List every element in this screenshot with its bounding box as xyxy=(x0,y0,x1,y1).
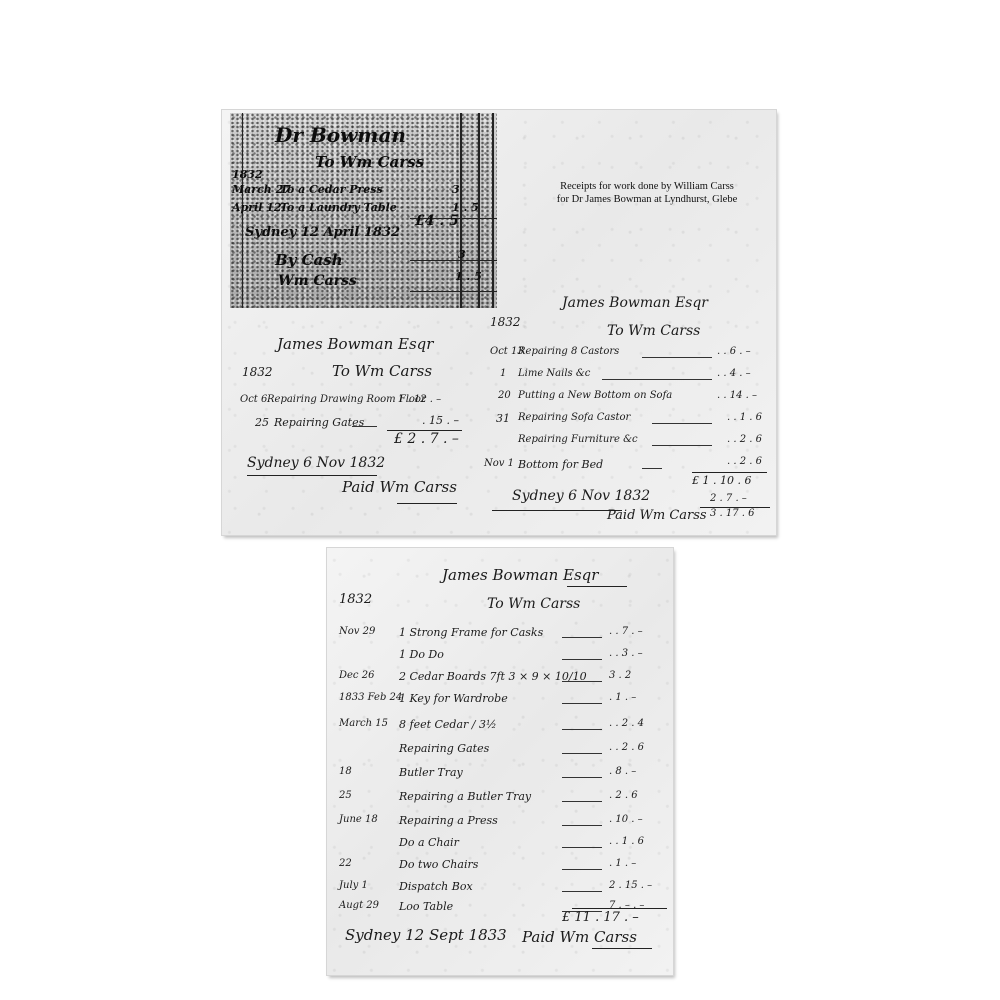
ledger-item-description: To a Cedar Press xyxy=(280,183,383,196)
receipt-subtotal: £ 1 . 10 . 6 xyxy=(692,474,751,487)
receipts-sheet-top: Dr Bowman To Wm Carss 1832 March 27 To a… xyxy=(222,110,776,535)
receipt-header: James Bowman Esqr xyxy=(277,335,433,353)
receipt-item-date: Nov 1 xyxy=(484,458,514,469)
receipt-item-description: 8 feet Cedar / 3½ xyxy=(399,718,497,731)
ledger-header: Dr Bowman xyxy=(275,123,406,147)
receipt-item-description: Repairing Furniture &c xyxy=(518,434,638,445)
receipt-item-description: Repairing a Press xyxy=(399,814,498,827)
receipt-to: To Wm Carss xyxy=(487,596,580,612)
receipt-total: £ 11 . 17 . – xyxy=(562,910,639,925)
receipt-item-amount: . . 2 . 6 xyxy=(727,434,762,445)
ledger-total: £4 . 5 xyxy=(415,213,459,229)
ledger-to: To Wm Carss xyxy=(315,153,424,171)
receipt-item-amount: 2 . 15 . – xyxy=(609,880,652,891)
leader-dash xyxy=(562,637,602,638)
receipt-item-date: 25 xyxy=(339,790,352,801)
receipt-item-amount: . . 6 . – xyxy=(717,346,751,357)
receipt-item-date: March 15 xyxy=(339,718,388,729)
leader-dash xyxy=(562,847,602,848)
receipt-item-date: 18 xyxy=(339,766,352,777)
receipt-item-amount: 3 . 2 xyxy=(609,670,631,681)
caption-line-1: Receipts for work done by William Carss xyxy=(532,180,762,193)
receipt-item-date: 1 xyxy=(500,368,506,379)
receipt-item-date: 22 xyxy=(339,858,352,869)
receipt-item-date: Dec 26 xyxy=(339,670,374,681)
receipt-total: £ 2 . 7 . – xyxy=(394,431,459,447)
receipt-place-date: Sydney 12 Sept 1833 xyxy=(345,926,507,944)
leader-dash xyxy=(562,659,602,660)
receipt-item-description: Do a Chair xyxy=(399,836,459,849)
receipt-place-date: Sydney 6 Nov 1832 xyxy=(512,488,650,504)
receipt-item-amount: . . 1 . 6 xyxy=(727,412,762,423)
leader-dash xyxy=(562,753,602,754)
receipt-item-amount: 1 . 12 . – xyxy=(398,394,441,405)
receipt-year: 1832 xyxy=(242,365,273,379)
receipt-item-amount: . 1 . – xyxy=(609,858,636,869)
receipt-item-description: Lime Nails &c xyxy=(518,368,590,379)
receipt-item-amount: . 2 . 6 xyxy=(609,790,638,801)
leader-dash xyxy=(562,777,602,778)
receipt-item-date: Nov 29 xyxy=(339,626,375,637)
ledger-place-date: Sydney 12 April 1832 xyxy=(245,225,400,240)
receipt-item-description: Loo Table xyxy=(399,900,453,913)
receipt-item-amount: . . 1 . 6 xyxy=(609,836,644,847)
receipt-item-date: 20 xyxy=(498,390,511,401)
receipt-header: James Bowman Esqr xyxy=(442,566,598,584)
receipt-item-amount: . 15 . – xyxy=(422,414,459,427)
ledger-received: By Cash xyxy=(275,251,343,269)
receipt-ledger-april-1832: Dr Bowman To Wm Carss 1832 March 27 To a… xyxy=(230,113,497,308)
receipt-grand-total: 3 . 17 . 6 xyxy=(710,508,755,519)
receipt-item-amount: . 10 . – xyxy=(609,814,643,825)
leader-dash xyxy=(562,729,602,730)
receipt-item-description: 1 Do Do xyxy=(399,648,444,661)
receipt-item-description: Repairing a Butler Tray xyxy=(399,790,531,803)
receipt-item-description: Repairing Gates xyxy=(274,416,364,429)
ledger-signature: Wm Carss xyxy=(278,273,357,289)
receipt-paid: Paid Wm Carss xyxy=(607,508,707,523)
receipt-item-amount: . . 2 . 4 xyxy=(609,718,644,729)
receipt-item-description: Repairing Gates xyxy=(399,742,489,755)
receipt-paid: Paid Wm Carss xyxy=(342,478,457,496)
ledger-item-description: To a Laundry Table xyxy=(280,201,397,214)
leader-dash xyxy=(562,891,602,892)
receipt-item-description: 1 Strong Frame for Casks xyxy=(399,626,543,639)
leader-dash xyxy=(562,681,602,682)
leader-dash xyxy=(562,825,602,826)
caption: Receipts for work done by William Carss … xyxy=(532,180,762,206)
ledger-item-amount: 3 xyxy=(452,183,460,196)
receipt-item-description: 1 Key for Wardrobe xyxy=(399,692,508,705)
receipt-item-date: July 1 xyxy=(339,880,368,891)
receipt-item-date: Oct 6 xyxy=(240,394,267,405)
leader-dash xyxy=(562,801,602,802)
receipt-year: 1832 xyxy=(339,592,372,607)
receipt-item-amount: . . 4 . – xyxy=(717,368,751,379)
receipt-item-amount: . . 2 . 6 xyxy=(609,742,644,753)
receipt-item-description: Butler Tray xyxy=(399,766,463,779)
receipt-item-date: 31 xyxy=(496,412,510,425)
receipt-item-amount: . . 2 . 6 xyxy=(727,456,762,467)
receipt-item-date: June 18 xyxy=(339,814,378,825)
receipt-item-date: Augt 29 xyxy=(339,900,379,911)
receipt-item-description: Dispatch Box xyxy=(399,880,473,893)
receipt-carried: 2 . 7 . – xyxy=(710,493,747,504)
receipt-item-amount: . 8 . – xyxy=(609,766,636,777)
receipt-item-date: 1833 Feb 24 xyxy=(339,692,402,703)
receipt-header: James Bowman Esqr xyxy=(562,295,708,311)
ledger-side-amount: 1 . 5 xyxy=(455,270,482,283)
caption-line-2: for Dr James Bowman at Lyndhurst, Glebe xyxy=(532,193,762,206)
receipt-item-description: 2 Cedar Boards 7ft 3 × 9 × 10/10 xyxy=(399,670,587,683)
receipt-item-amount: . . 3 . – xyxy=(609,648,643,659)
ledger-item-date: April 12 xyxy=(232,201,282,214)
receipt-sheet-bottom: James Bowman Esqr 1832 To Wm Carss Nov 2… xyxy=(327,548,673,975)
receipt-item-description: Repairing 8 Castors xyxy=(518,346,619,357)
receipt-item-description: Bottom for Bed xyxy=(518,458,603,471)
receipt-paid: Paid Wm Carss xyxy=(522,928,637,946)
receipt-item-amount: . . 7 . – xyxy=(609,626,643,637)
receipt-item-amount: . 1 . – xyxy=(609,692,636,703)
receipt-to: To Wm Carss xyxy=(332,362,432,380)
ledger-year: 1832 xyxy=(232,168,263,181)
leader-dash xyxy=(562,703,602,704)
receipt-item-amount: . . 14 . – xyxy=(717,390,757,401)
receipt-place-date: Sydney 6 Nov 1832 xyxy=(247,455,385,471)
ledger-side-amount: 3 xyxy=(458,248,466,261)
receipt-item-description: Do two Chairs xyxy=(399,858,478,871)
receipt-to: To Wm Carss xyxy=(607,323,700,339)
receipt-item-description: Repairing Sofa Castor xyxy=(518,412,630,423)
receipt-item-date: 25 xyxy=(255,416,269,429)
leader-dash xyxy=(562,869,602,870)
receipt-item-description: Putting a New Bottom on Sofa xyxy=(518,390,672,401)
receipt-year: 1832 xyxy=(490,315,521,329)
